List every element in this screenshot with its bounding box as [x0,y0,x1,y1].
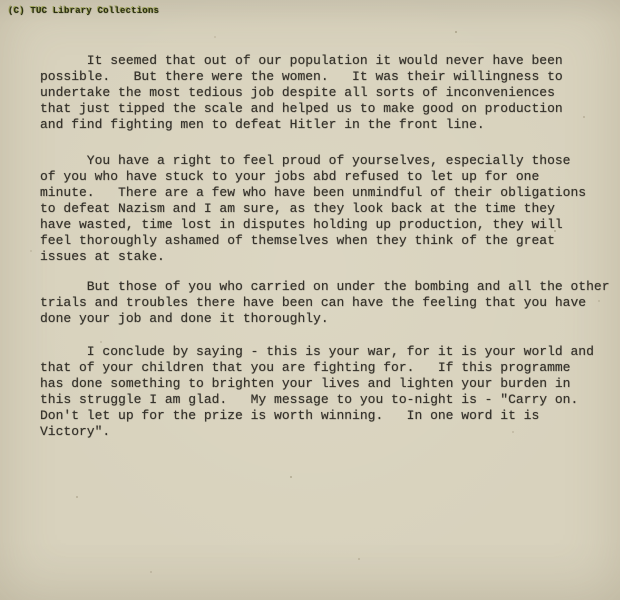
typewritten-text-block: It seemed that out of our population it … [40,53,615,440]
paper-specks [0,0,2,2]
paragraph-2: You have a right to feel proud of yourse… [40,153,615,265]
paragraph-1: It seemed that out of our population it … [40,53,615,133]
paragraph-4: I conclude by saying - this is your war,… [40,344,615,440]
scanned-document-page: (C) TUC Library Collections It seemed th… [0,0,620,600]
library-watermark-label: (C) TUC Library Collections [8,6,159,17]
paragraph-3: But those of you who carried on under th… [40,279,615,327]
